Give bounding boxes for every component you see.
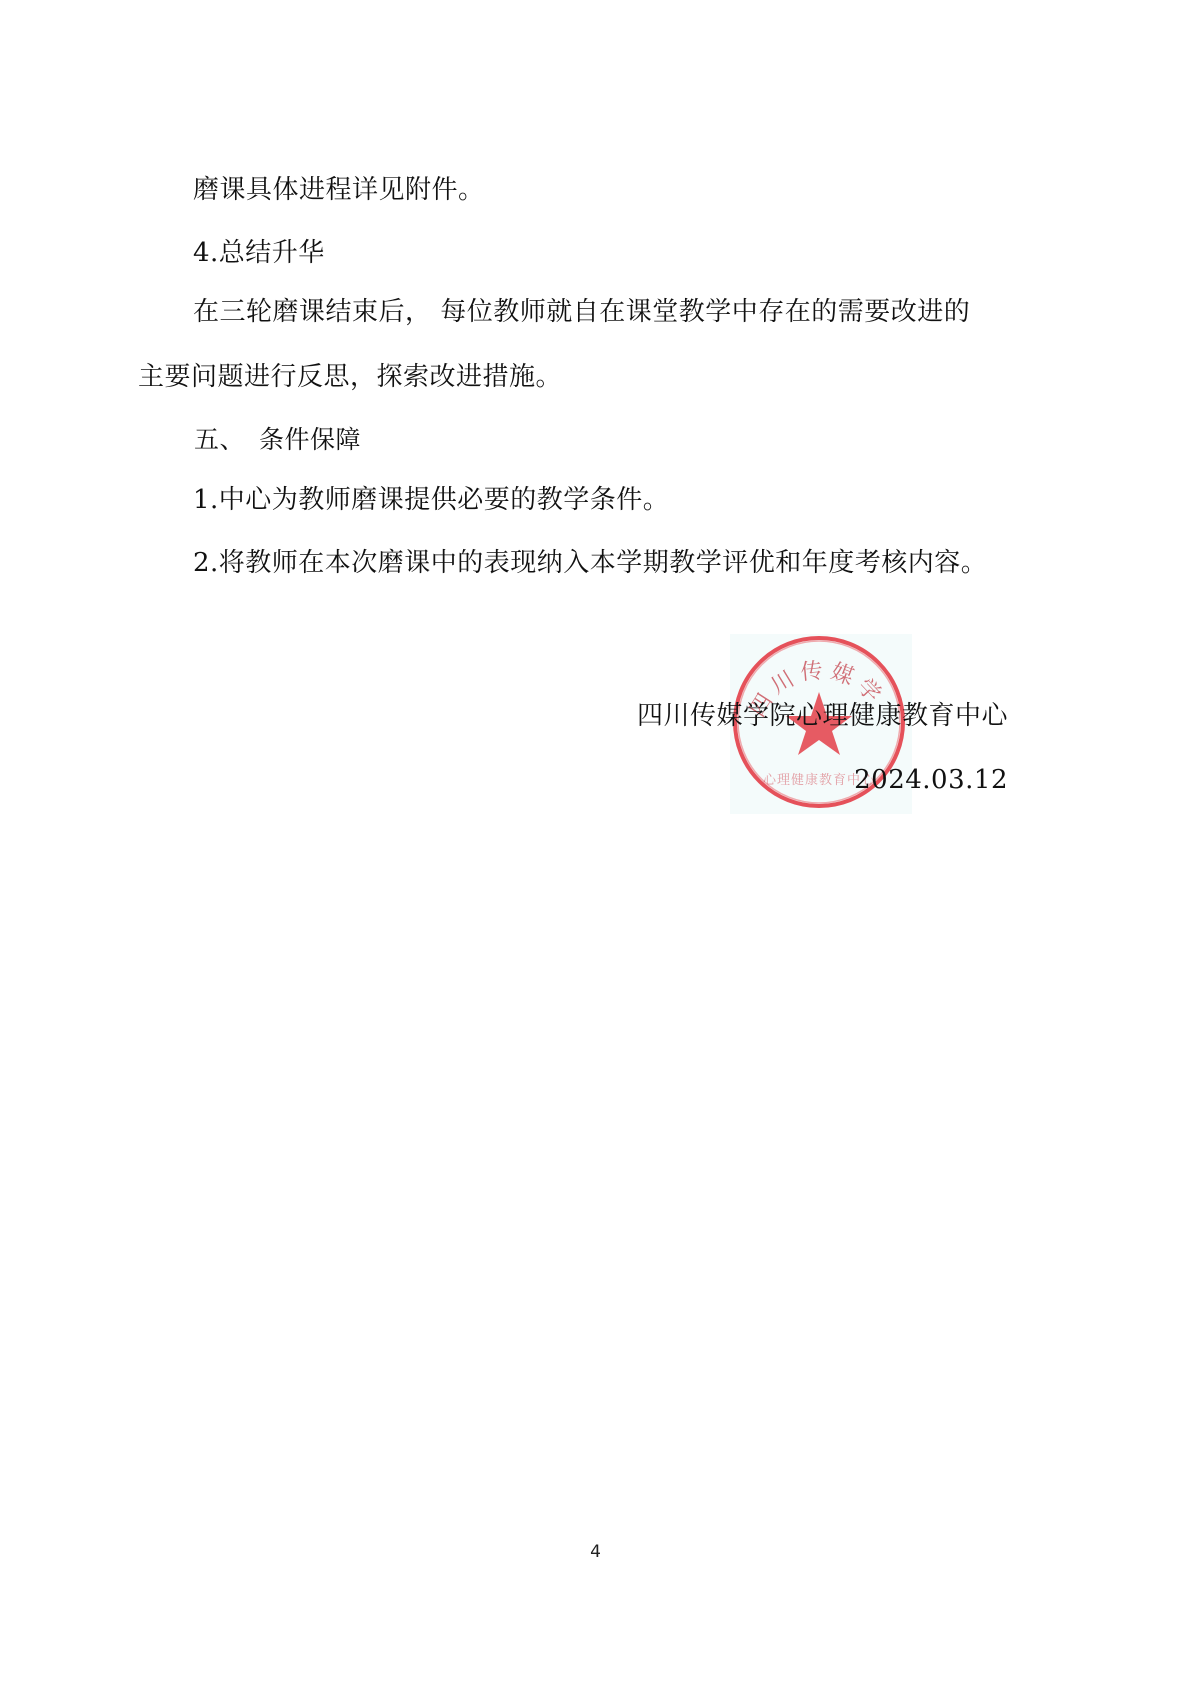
section-number: 五、 — [194, 425, 245, 454]
list-item-1: 1.中心为教师磨课提供必要的教学条件。 — [193, 483, 669, 517]
paragraph-reflection-line-2: 主要问题进行反思，探索改进措施。 — [138, 360, 562, 394]
paragraph-attachment-note: 磨课具体进程详见附件。 — [193, 173, 485, 207]
section-heading: 五、条件保障 — [194, 423, 361, 457]
signature-organization: 四川传媒学院心理健康教育中心 — [637, 699, 1008, 733]
paragraph-reflection-line-1: 在三轮磨课结束后， 每位教师就自在课堂教学中存在的需要改进的 — [193, 295, 970, 329]
list-item-2: 2.将教师在本次磨课中的表现纳入本学期教学评优和年度考核内容。 — [193, 546, 987, 580]
subheading-summary: 4.总结升华 — [193, 236, 325, 270]
signature-date: 2024.03.12 — [854, 763, 1008, 797]
page-number: 4 — [0, 1542, 1191, 1562]
section-title: 条件保障 — [259, 425, 361, 454]
